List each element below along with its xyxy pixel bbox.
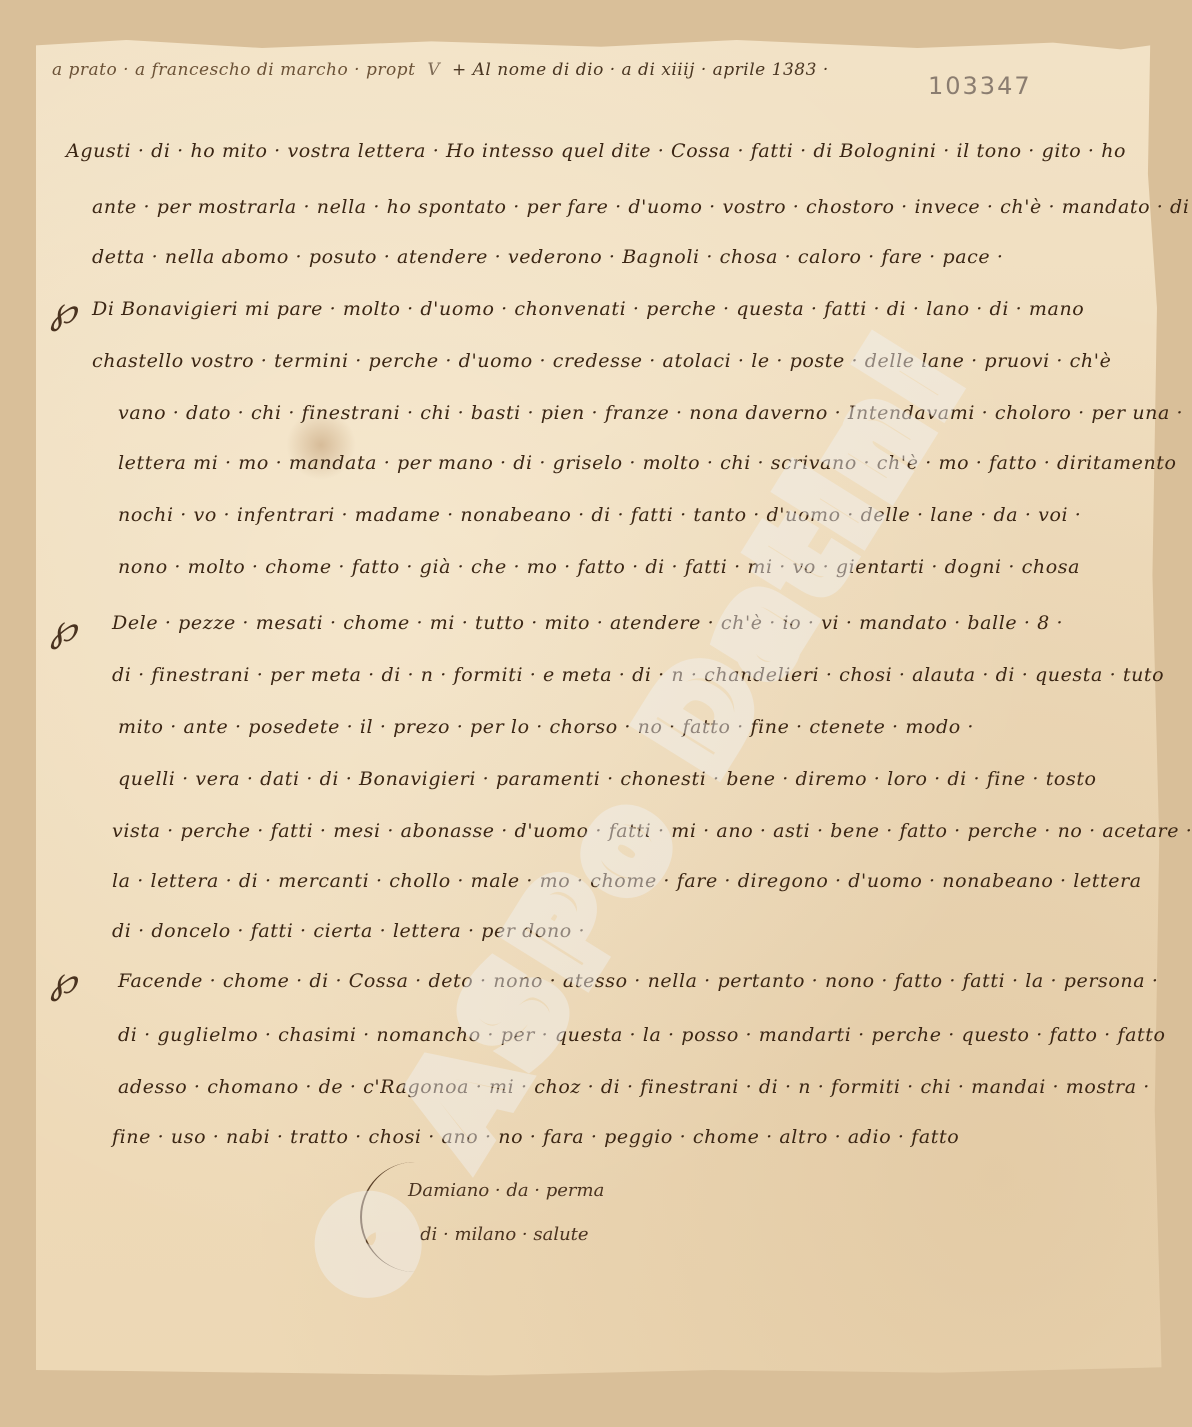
check-mark: V: [427, 60, 440, 80]
address-line: a prato · a francescho di marcho · propt: [52, 60, 415, 80]
paragraph-mark: ℘: [50, 606, 77, 650]
invocation-date: + Al nome di dio · a di xiiij · aprile 1…: [452, 60, 829, 80]
archive-number: 103347: [928, 72, 1032, 100]
text-line: la · lettera · di · mercanti · chollo · …: [112, 870, 1142, 892]
paragraph-mark: ℘: [50, 288, 77, 332]
text-line: adesso · chomano · de · c'Ragonoa · mi ·…: [118, 1076, 1150, 1098]
text-line: Facende · chome · di · Cossa · deto · no…: [118, 970, 1158, 992]
text-line: Dele · pezze · mesati · chome · mi · tut…: [112, 612, 1063, 634]
signature-block: Damiano · da · perma di · milano · salut…: [360, 1162, 660, 1272]
text-line: quelli · vera · dati · di · Bonavigieri …: [118, 768, 1097, 790]
text-line: Agusti · di · ho mito · vostra lettera ·…: [66, 140, 1126, 162]
text-line: chastello vostro · termini · perche · d'…: [92, 350, 1111, 372]
letter-header: a prato · a francescho di marcho · propt…: [52, 60, 829, 80]
text-line: di · guglielmo · chasimi · nomancho · pe…: [118, 1024, 1166, 1046]
signature-salutation: di · milano · salute: [420, 1224, 589, 1245]
signature-name: Damiano · da · perma: [408, 1180, 604, 1201]
text-line: lettera mi · mo · mandata · per mano · d…: [118, 452, 1177, 474]
text-line: ante · per mostrarla · nella · ho sponta…: [92, 196, 1192, 218]
paragraph-mark: ℘: [50, 958, 77, 1002]
text-line: nochi · vo · infentrari · madame · nonab…: [118, 504, 1081, 526]
text-line: fine · uso · nabi · tratto · chosi · ano…: [112, 1126, 959, 1148]
text-line: vista · perche · fatti · mesi · abonasse…: [112, 820, 1192, 842]
text-line: detta · nella abomo · posuto · atendere …: [92, 246, 1004, 268]
text-line: Di Bonavigieri mi pare · molto · d'uomo …: [92, 298, 1084, 320]
text-line: di · doncelo · fatti · cierta · lettera …: [112, 920, 585, 942]
signature-brace: [360, 1162, 422, 1272]
text-line: mito · ante · posedete · il · prezo · pe…: [118, 716, 974, 738]
text-line: di · finestrani · per meta · di · n · fo…: [112, 664, 1164, 686]
text-line: vano · dato · chi · finestrani · chi · b…: [118, 402, 1183, 424]
text-line: nono · molto · chome · fatto · già · che…: [118, 556, 1080, 578]
